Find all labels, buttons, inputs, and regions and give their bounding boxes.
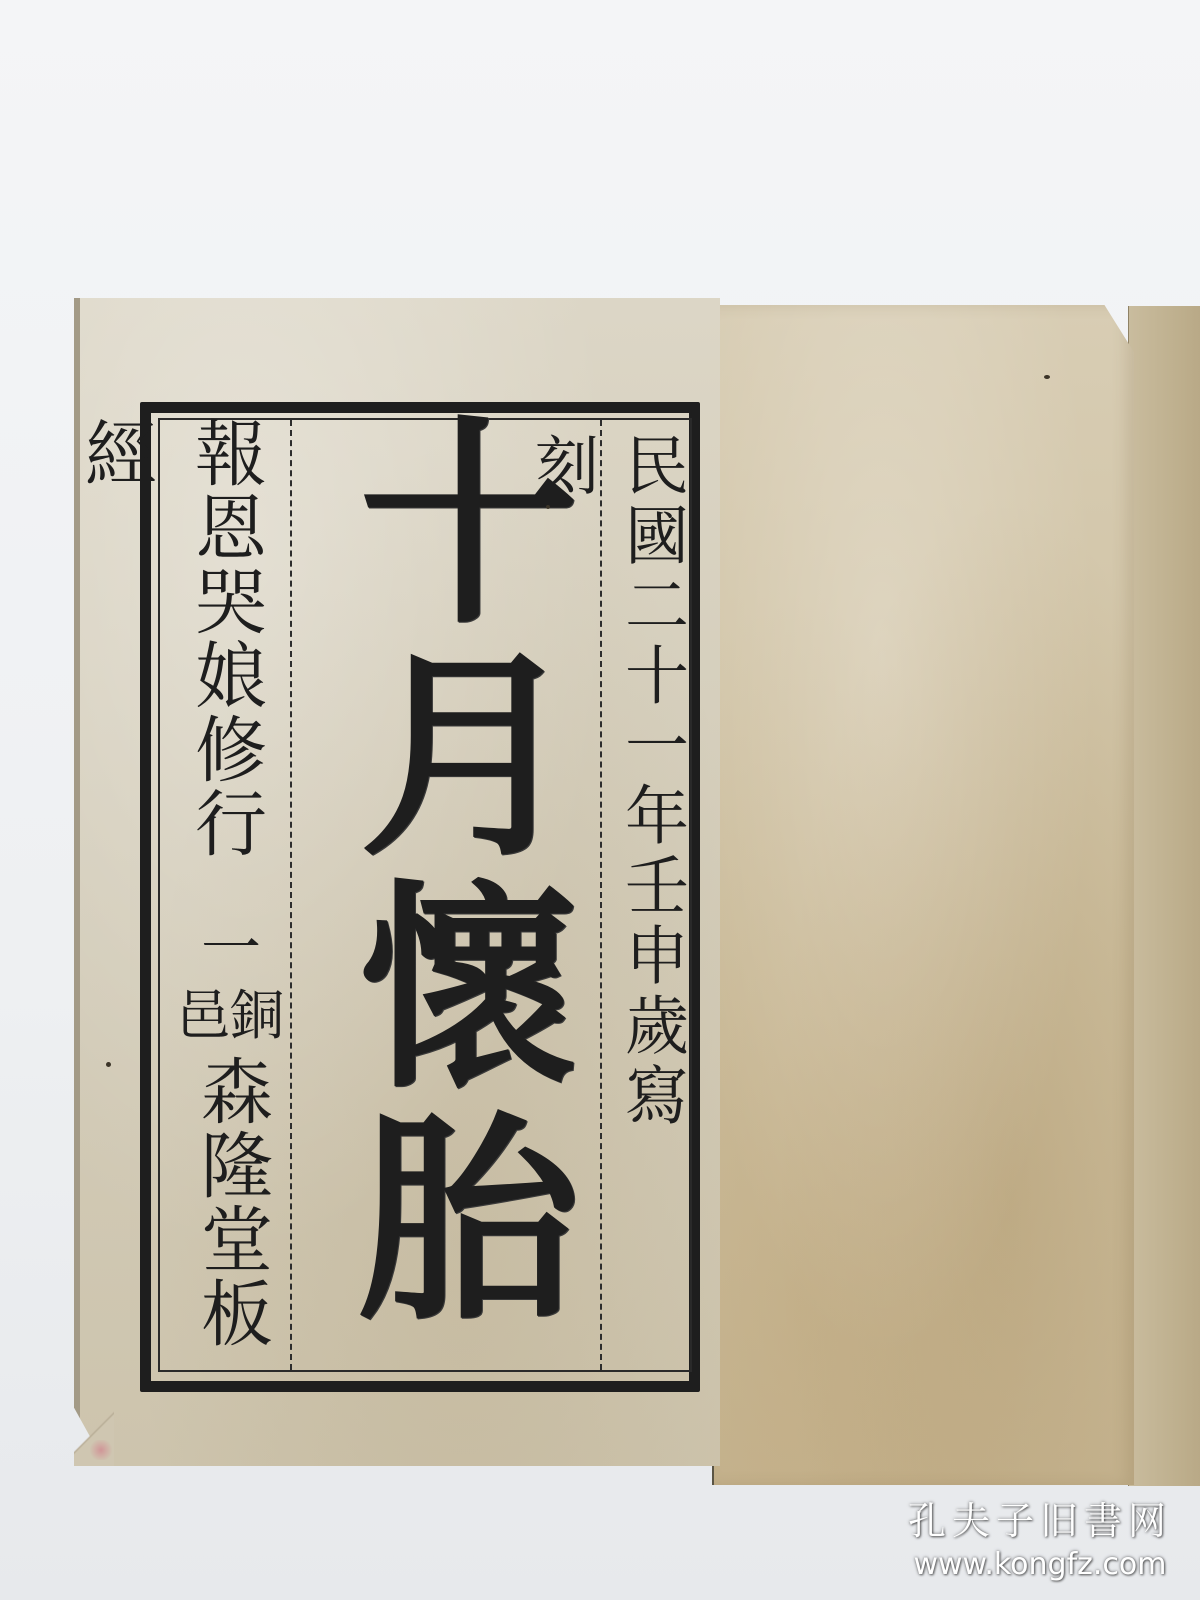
column-divider-left [290, 420, 292, 1370]
date-inscription: 民國二十一年壬申歲寫刻 [606, 432, 696, 1152]
place-char-2: 銅 [230, 973, 284, 1050]
back-pages [1128, 306, 1200, 1486]
separator-mark: 一 [186, 916, 266, 956]
place-char-1: 邑 [176, 973, 230, 1050]
column-divider-right [600, 420, 602, 1370]
ink-speck [106, 1062, 111, 1067]
red-stain [88, 1440, 114, 1460]
book-subtitle: 報恩哭娘修行經 [170, 416, 280, 916]
photo-scene: 民國二十一年壬申歲寫刻 十月懷胎 報恩哭娘修行經 一 邑 銅 森隆堂板 孔夫子旧… [0, 0, 1200, 1600]
watermark-url: www.kongfz.com [900, 1547, 1180, 1582]
place-name: 邑 銅 [180, 975, 280, 1047]
watermark-name: 孔夫子旧書网 [900, 1490, 1180, 1545]
ink-speck [1044, 375, 1050, 379]
publisher-imprint: 森隆堂板 [176, 1054, 286, 1354]
right-page-blank [712, 305, 1134, 1485]
ink-speck [546, 505, 550, 509]
book-title: 十月懷胎 [316, 408, 586, 1368]
site-watermark: 孔夫子旧書网 www.kongfz.com [900, 1490, 1180, 1582]
